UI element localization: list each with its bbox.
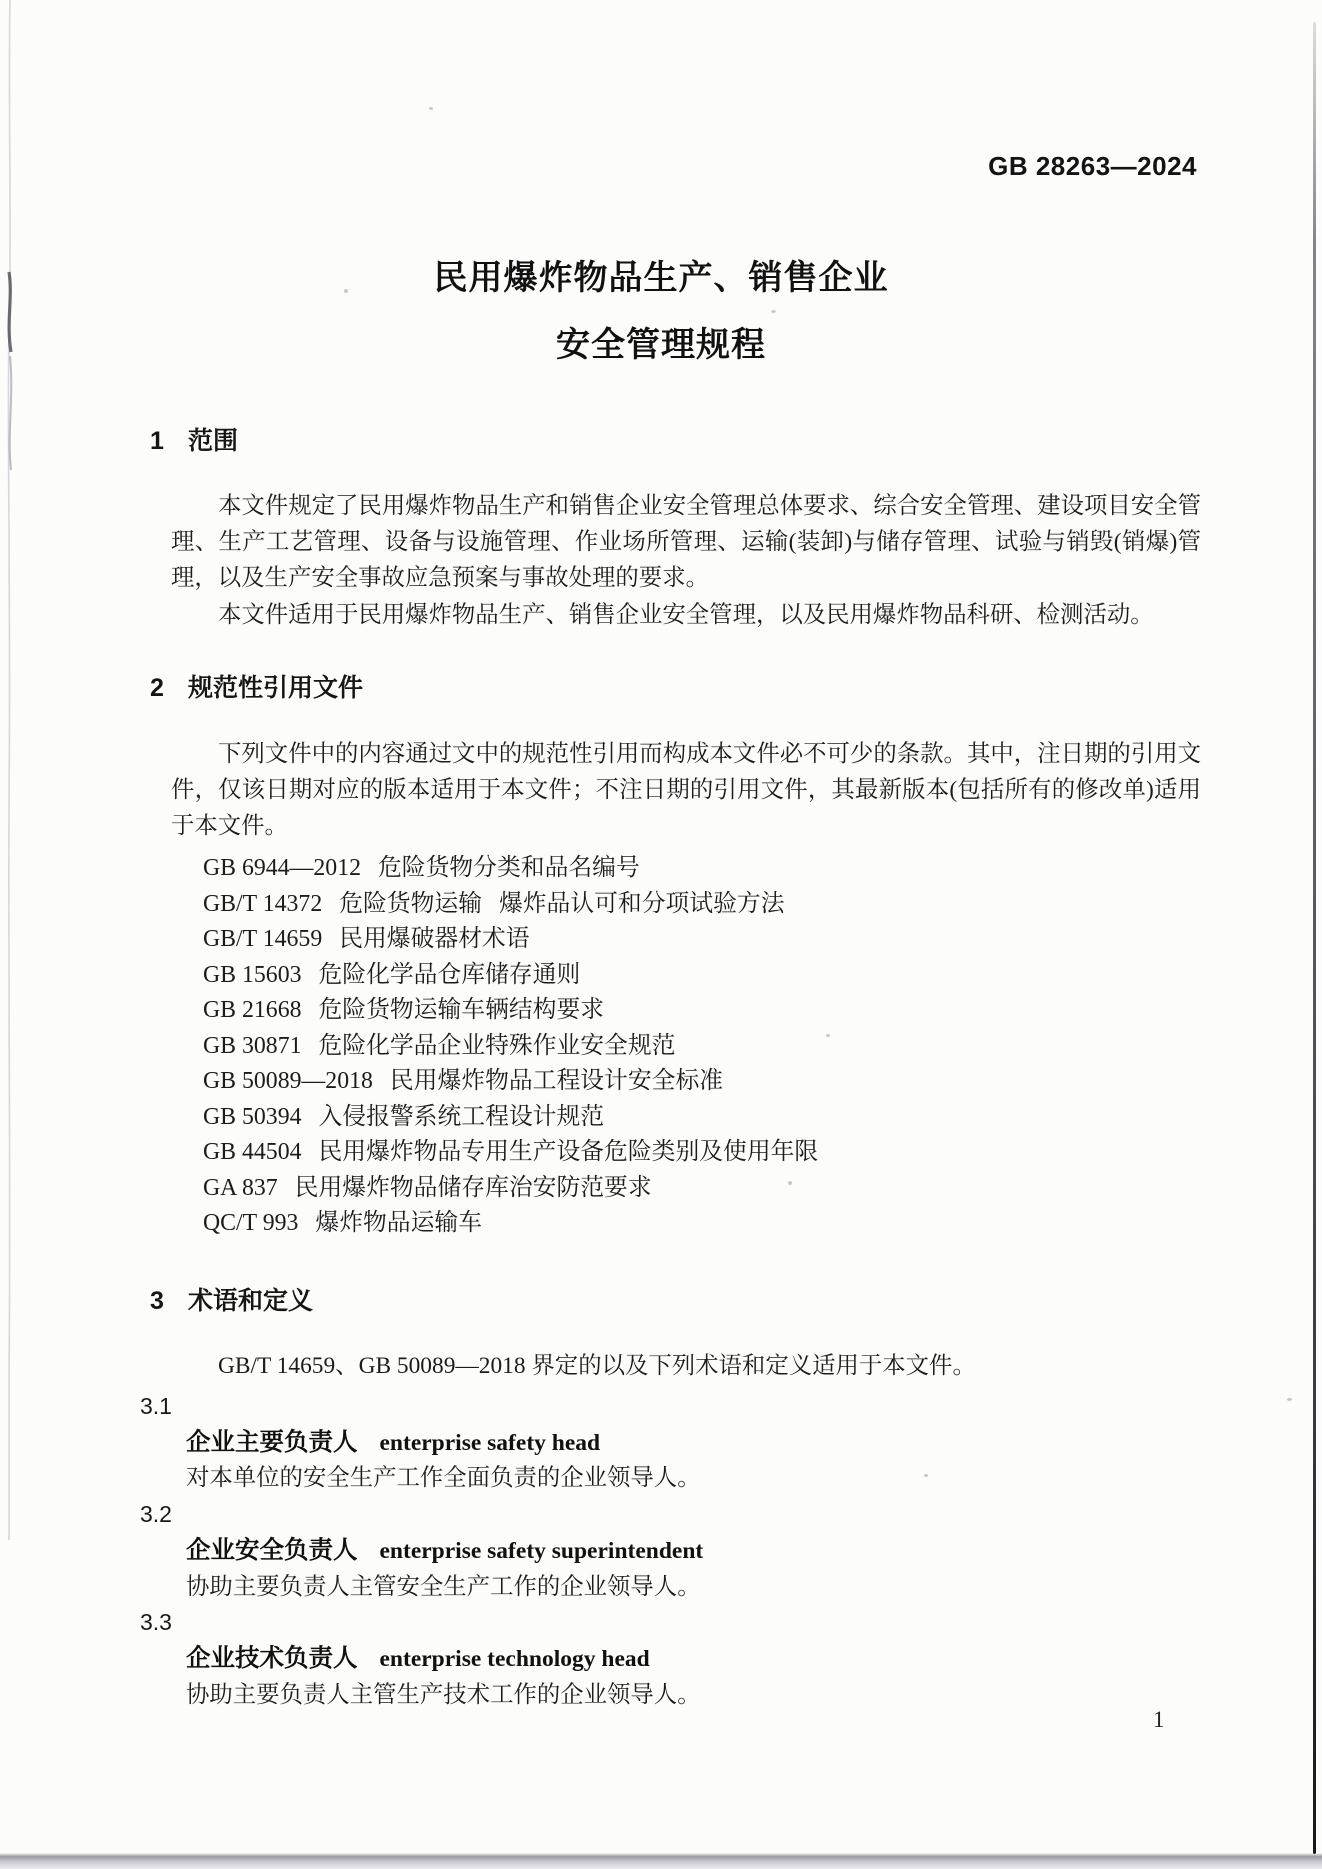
term-number: 3.1 (140, 1389, 1210, 1425)
reference-code: GA 837 (203, 1175, 278, 1201)
section-3-number: 3 (150, 1287, 188, 1316)
reference-title: 民用爆破器材术语 (339, 926, 529, 952)
document-page: GB 28263—2024 民用爆炸物品生产、销售企业 安全管理规程 1范围 本… (0, 0, 1322, 1869)
term-number: 3.2 (140, 1497, 1210, 1533)
scan-speck (826, 1034, 830, 1037)
term-definition: 协助主要负责人主管安全生产工作的企业领导人。 (140, 1570, 1210, 1606)
scan-speck (788, 1181, 792, 1185)
section-1-title: 范围 (188, 427, 238, 455)
term-heading: 企业主要负责人enterprise safety head (140, 1425, 1210, 1462)
section-2-heading: 2规范性引用文件 (150, 668, 363, 704)
reference-item: GB 44504民用爆炸物品专用生产设备危险类别及使用年限 (203, 1135, 818, 1171)
document-title-line2: 安全管理规程 (0, 312, 1322, 379)
reference-code: GB 50089—2018 (203, 1068, 373, 1094)
document-title-line1: 民用爆炸物品生产、销售企业 (0, 245, 1322, 312)
document-title: 民用爆炸物品生产、销售企业 安全管理规程 (0, 245, 1322, 379)
reference-title: 危险化学品仓库储存通则 (319, 962, 581, 988)
term-en: enterprise technology head (380, 1646, 650, 1672)
term-number: 3.3 (140, 1605, 1210, 1641)
scan-left-edge-artifact (0, 0, 28, 1560)
term-en: enterprise safety superintendent (380, 1538, 704, 1564)
scope-paragraph-1: 本文件规定了民用爆炸物品生产和销售企业安全管理总体要求、综合安全管理、建设项目安… (171, 489, 1201, 596)
reference-item: GB/T 14659民用爆破器材术语 (203, 922, 818, 958)
reference-code: GB 21668 (203, 997, 302, 1023)
term-zh: 企业主要负责人 (186, 1429, 358, 1456)
references-intro-paragraph: 下列文件中的内容通过文中的规范性引用而构成本文件必不可少的条款。其中，注日期的引… (171, 737, 1201, 844)
scan-right-edge-artifact (1313, 22, 1316, 1854)
section-1-heading: 1范围 (150, 421, 238, 457)
reference-title: 危险货物分类和品名编号 (378, 855, 640, 881)
scan-speck (771, 310, 776, 313)
term-zh: 企业安全负责人 (186, 1537, 358, 1564)
normative-references-list: GB 6944—2012危险货物分类和品名编号 GB/T 14372危险货物运输… (203, 851, 818, 1242)
scan-speck (924, 1474, 928, 1477)
reference-code: GB/T 14372 (203, 891, 322, 917)
reference-code: GB 44504 (203, 1139, 302, 1165)
reference-item: GB 50394入侵报警系统工程设计规范 (203, 1100, 818, 1136)
reference-code: GB 6944—2012 (203, 855, 361, 881)
scan-speck (429, 107, 433, 110)
section-3-title: 术语和定义 (188, 1287, 313, 1315)
term-definition: 对本单位的安全生产工作全面负责的企业领导人。 (140, 1461, 1210, 1497)
reference-title: 民用爆炸物品专用生产设备危险类别及使用年限 (319, 1139, 819, 1165)
term-zh: 企业技术负责人 (186, 1645, 358, 1672)
reference-title: 爆炸物品运输车 (315, 1210, 482, 1236)
reference-item: GB 21668危险货物运输车辆结构要求 (203, 993, 818, 1029)
reference-code: GB 50394 (203, 1104, 302, 1130)
terms-intro-paragraph: GB/T 14659、GB 50089—2018 界定的以及下列术语和定义适用于… (171, 1349, 1201, 1385)
reference-title: 入侵报警系统工程设计规范 (319, 1104, 605, 1130)
reference-item: GB/T 14372危险货物运输 爆炸品认可和分项试验方法 (203, 887, 818, 923)
section-3-heading: 3术语和定义 (150, 1281, 313, 1317)
reference-item: GB 15603危险化学品仓库储存通则 (203, 958, 818, 994)
term-en: enterprise safety head (380, 1430, 601, 1456)
scope-paragraph-2: 本文件适用于民用爆炸物品生产、销售企业安全管理，以及民用爆炸物品科研、检测活动。 (171, 598, 1201, 634)
reference-code: GB 15603 (203, 962, 302, 988)
terms-list: 3.1 企业主要负责人enterprise safety head 对本单位的安… (140, 1389, 1210, 1713)
scan-speck (577, 572, 581, 576)
reference-item: QC/T 993爆炸物品运输车 (203, 1206, 818, 1242)
scan-speck (1287, 1398, 1292, 1401)
term-definition: 协助主要负责人主管生产技术工作的企业领导人。 (140, 1678, 1210, 1714)
reference-title: 危险化学品企业特殊作业安全规范 (319, 1033, 676, 1059)
page-number: 1 (1153, 1707, 1165, 1733)
term-heading: 企业安全负责人enterprise safety superintendent (140, 1533, 1210, 1570)
section-1-number: 1 (150, 427, 188, 456)
section-2-title: 规范性引用文件 (188, 674, 363, 702)
scan-speck (344, 289, 348, 293)
reference-title: 民用爆炸物品储存库治安防范要求 (295, 1175, 652, 1201)
reference-title: 危险货物运输 爆炸品认可和分项试验方法 (339, 891, 784, 917)
reference-code: QC/T 993 (203, 1210, 298, 1236)
reference-item: GB 6944—2012危险货物分类和品名编号 (203, 851, 818, 887)
scan-bottom-strip-artifact (0, 1853, 1322, 1869)
reference-title: 危险货物运输车辆结构要求 (319, 997, 605, 1023)
reference-code: GB 30871 (203, 1033, 302, 1059)
reference-title: 民用爆炸物品工程设计安全标准 (390, 1068, 723, 1094)
standard-code: GB 28263—2024 (988, 151, 1197, 182)
reference-item: GA 837民用爆炸物品储存库治安防范要求 (203, 1171, 818, 1207)
term-heading: 企业技术负责人enterprise technology head (140, 1641, 1210, 1678)
reference-item: GB 30871危险化学品企业特殊作业安全规范 (203, 1029, 818, 1065)
section-2-number: 2 (150, 674, 188, 703)
reference-code: GB/T 14659 (203, 926, 322, 952)
reference-item: GB 50089—2018民用爆炸物品工程设计安全标准 (203, 1064, 818, 1100)
